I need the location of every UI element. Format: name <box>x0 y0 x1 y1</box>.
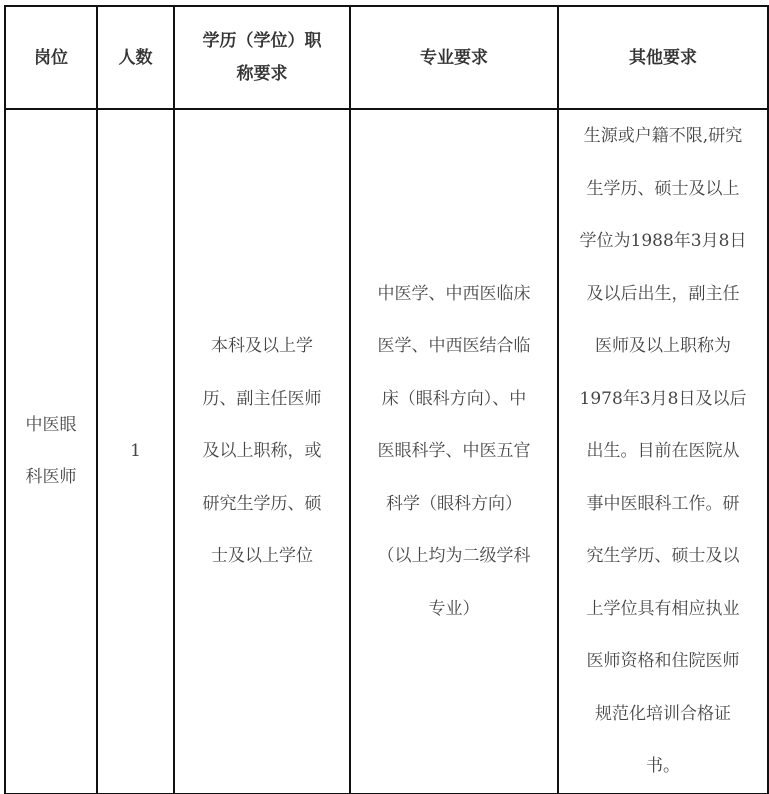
job-requirements-table: 岗位 人数 学历（学位）职 称要求 专业要求 其他要求 中医眼 科医师 1 <box>4 5 769 794</box>
cell-major: 中医学、中西医临床 医学、中西医结合临 床（眼科方向）、中 医眼科学、中医五官 … <box>350 109 558 794</box>
cell-count: 1 <box>97 109 174 794</box>
position-line-2: 科医师 <box>12 451 90 503</box>
other-line-9: 究生学历、硕士及以 <box>565 530 761 583</box>
major-line-4: 医眼科学、中医五官 <box>357 425 551 478</box>
other-line-1: 生源或户籍不限,研究 <box>565 110 761 163</box>
education-line-4: 研究生学历、硕 <box>181 478 343 531</box>
header-education-line-1: 学历（学位）职 <box>175 28 349 54</box>
header-position: 岗位 <box>5 6 97 109</box>
other-line-10: 上学位具有相应执业 <box>565 583 761 636</box>
cell-education: 本科及以上学 历、副主任医师 及以上职称，或 研究生学历、硕 士及以上学位 <box>174 109 350 794</box>
education-line-3: 及以上职称，或 <box>181 425 343 478</box>
major-line-2: 医学、中西医结合临 <box>357 320 551 373</box>
header-other: 其他要求 <box>558 6 768 109</box>
other-line-8: 事中医眼科工作。研 <box>565 478 761 531</box>
other-line-12: 规范化培训合格证 <box>565 688 761 741</box>
other-line-5: 医师及以上职称为 <box>565 320 761 373</box>
other-line-4: 及以后出生，副主任 <box>565 268 761 321</box>
education-line-5: 士及以上学位 <box>181 530 343 583</box>
major-line-1: 中医学、中西医临床 <box>357 268 551 321</box>
count-value: 1 <box>130 441 141 461</box>
major-line-3: 床（眼科方向）、中 <box>357 373 551 426</box>
other-line-6: 1978年3月8日及以后 <box>565 373 761 426</box>
major-line-7: 专业） <box>357 583 551 636</box>
header-count: 人数 <box>97 6 174 109</box>
other-line-3: 学位为1988年3月8日 <box>565 215 761 268</box>
position-line-1: 中医眼 <box>12 399 90 451</box>
education-line-2: 历、副主任医师 <box>181 373 343 426</box>
header-major: 专业要求 <box>350 6 558 109</box>
header-row: 岗位 人数 学历（学位）职 称要求 专业要求 其他要求 <box>5 6 768 109</box>
education-line-1: 本科及以上学 <box>181 320 343 373</box>
cell-other: 生源或户籍不限,研究 生学历、硕士及以上 学位为1988年3月8日 及以后出生，… <box>558 109 768 794</box>
other-line-13: 书。 <box>565 740 761 793</box>
header-education: 学历（学位）职 称要求 <box>174 6 350 109</box>
other-line-7: 出生。目前在医院从 <box>565 425 761 478</box>
header-education-line-2: 称要求 <box>175 61 349 87</box>
other-line-2: 生学历、硕士及以上 <box>565 163 761 216</box>
cell-position: 中医眼 科医师 <box>5 109 97 794</box>
table-row: 中医眼 科医师 1 本科及以上学 历、副主任医师 及以上职称，或 研究生学历、硕… <box>5 109 768 794</box>
major-line-6: （以上均为二级学科 <box>357 530 551 583</box>
other-line-11: 医师资格和住院医师 <box>565 635 761 688</box>
major-line-5: 科学（眼科方向） <box>357 478 551 531</box>
